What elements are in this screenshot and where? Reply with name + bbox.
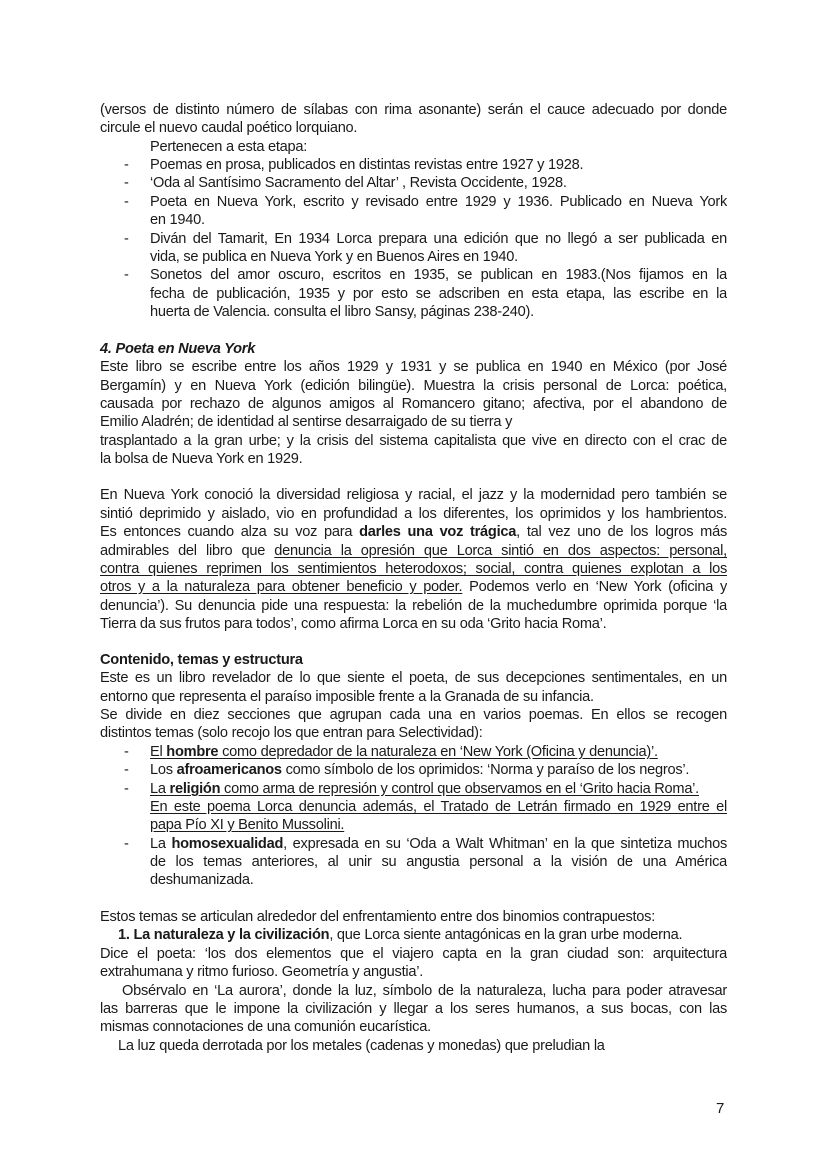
paragraph-line: distintos temas (solo recojo los que ent… (100, 724, 727, 742)
work-item: Poeta en Nueva York, escrito y revisado … (150, 193, 727, 211)
text: Los (150, 762, 177, 778)
list-dash: - (124, 266, 129, 284)
paragraph-line: Obsérvalo en ‘La aurora’, donde la luz, … (122, 982, 727, 1000)
work-item: ‘Oda al Santísimo Sacramento del Altar’ … (150, 174, 727, 192)
paragraph-line: extrahumana y ritmo furioso. Geometría y… (100, 963, 727, 981)
text: , que Lorca siente antagónicas en la gra… (329, 927, 682, 943)
paragraph-line: Emilio Aladrén; de identidad al sentirse… (100, 413, 727, 431)
list-dash: - (124, 780, 129, 798)
paragraph-line: trasplantado a la gran urbe; y la crisis… (100, 432, 727, 450)
list-dash: - (124, 761, 129, 779)
paragraph-line: Bergamín) y en Nueva York (edición bilin… (100, 377, 727, 395)
work-item: Poemas en prosa, publicados en distintas… (150, 156, 727, 174)
paragraph-line: otros y a la naturaleza para obtener ben… (100, 578, 727, 596)
underlined-text: otros y a la naturaleza para obtener ben… (100, 579, 462, 595)
list-dash: - (124, 230, 129, 248)
bold-text: darles una voz trágica (359, 524, 516, 540)
bold-text: 1. La naturaleza y la civilización (118, 927, 329, 943)
theme-item-cont: de los temas anteriores, al unir su angu… (150, 853, 727, 871)
underlined-line: contra quienes reprimen los sentimientos… (100, 560, 727, 578)
theme-item-cont: En este poema Lorca denuncia además, el … (150, 798, 727, 816)
page-number: 7 (716, 1100, 724, 1117)
theme-item: Los afroamericanos como símbolo de los o… (150, 761, 727, 779)
paragraph-line: mismas connotaciones de una comunión euc… (100, 1018, 727, 1036)
text: Podemos verlo en ‘New York (oficina y (462, 579, 727, 595)
work-item-cont: huerta de Valencia. consulta el libro Sa… (150, 303, 727, 321)
paragraph-line: las barreras que le impone la civilizaci… (100, 1000, 727, 1018)
paragraph-line: En Nueva York conoció la diversidad reli… (100, 486, 727, 504)
theme-item: La religión como arma de represión y con… (150, 780, 727, 798)
paragraph-line: causada por rechazo de algunos amigos al… (100, 395, 727, 413)
theme-item-cont: papa Pío XI y Benito Mussolini. (150, 816, 727, 834)
paragraph-line: Se divide en diez secciones que agrupan … (100, 706, 727, 724)
text: El (150, 744, 166, 760)
bold-text: religión (170, 781, 221, 797)
list-intro: Pertenecen a esta etapa: (150, 138, 777, 156)
document-page: (versos de distinto número de sílabas co… (0, 0, 828, 1169)
text: La (150, 836, 171, 852)
work-item-cont: en 1940. (150, 211, 727, 229)
theme-item: El hombre como depredador de la naturale… (150, 743, 727, 761)
paragraph-line: La luz queda derrotada por los metales (… (118, 1037, 745, 1055)
text: , expresada en su ‘Oda a Walt Whitman’ e… (283, 836, 727, 852)
paragraph-line: Dice el poeta: ‘los dos elementos que el… (100, 945, 727, 963)
text: La (150, 781, 170, 797)
theme-item: La homosexualidad, expresada en su ‘Oda … (150, 835, 727, 853)
bold-text: hombre (166, 744, 218, 760)
text: admirables del libro que (100, 543, 265, 559)
text: como depredador de la naturaleza en ‘New… (218, 744, 657, 760)
bold-text: afroamericanos (177, 762, 282, 778)
section-heading: Contenido, temas y estructura (100, 651, 727, 669)
paragraph-line: la bolsa de Nueva York en 1929. (100, 450, 727, 468)
work-item-cont: vida, se publica en Nueva York y en Buen… (150, 248, 727, 266)
paragraph-line: Estos temas se articulan alrededor del e… (100, 908, 727, 926)
section-heading: 4. Poeta en Nueva York (100, 340, 727, 358)
text: Es entonces cuando alza su voz para (100, 524, 352, 540)
text: como símbolo de los oprimidos: ‘Norma y … (282, 762, 689, 778)
list-dash: - (124, 835, 129, 853)
paragraph-line: entorno que representa el paraíso imposi… (100, 688, 727, 706)
paragraph-line: Tierra da sus frutos para todos’, como a… (100, 615, 727, 633)
intro-line: (versos de distinto número de sílabas co… (100, 101, 727, 119)
work-item: Diván del Tamarit, En 1934 Lorca prepara… (150, 230, 727, 248)
paragraph-line: Este libro se escribe entre los años 192… (100, 358, 727, 376)
paragraph-line: Este es un libro revelador de lo que sie… (100, 669, 727, 687)
paragraph-line: sintió deprimido y aislado, vio en profu… (100, 505, 727, 523)
underlined-text: denuncia la opresión que Lorca sintió en… (274, 543, 727, 559)
text: como arma de represión y control que obs… (220, 781, 699, 797)
paragraph-line: denuncia’). Su denuncia pide una respues… (100, 597, 727, 615)
theme-item-cont: deshumanizada. (150, 871, 727, 889)
list-dash: - (124, 743, 129, 761)
binomio-item: 1. La naturaleza y la civilización, que … (118, 926, 745, 944)
intro-line: circule el nuevo caudal poético lorquian… (100, 119, 727, 137)
list-dash: - (124, 156, 129, 174)
text: , tal vez uno de los logros más (516, 524, 727, 540)
paragraph-line: admirables del libro que denuncia la opr… (100, 542, 727, 560)
work-item-cont: fecha de publicación, 1935 y por esto se… (150, 285, 727, 303)
work-item: Sonetos del amor oscuro, escritos en 193… (150, 266, 727, 284)
bold-text: homosexualidad (171, 836, 283, 852)
paragraph-line: Es entonces cuando alza su voz para darl… (100, 523, 727, 541)
list-dash: - (124, 174, 129, 192)
list-dash: - (124, 193, 129, 211)
